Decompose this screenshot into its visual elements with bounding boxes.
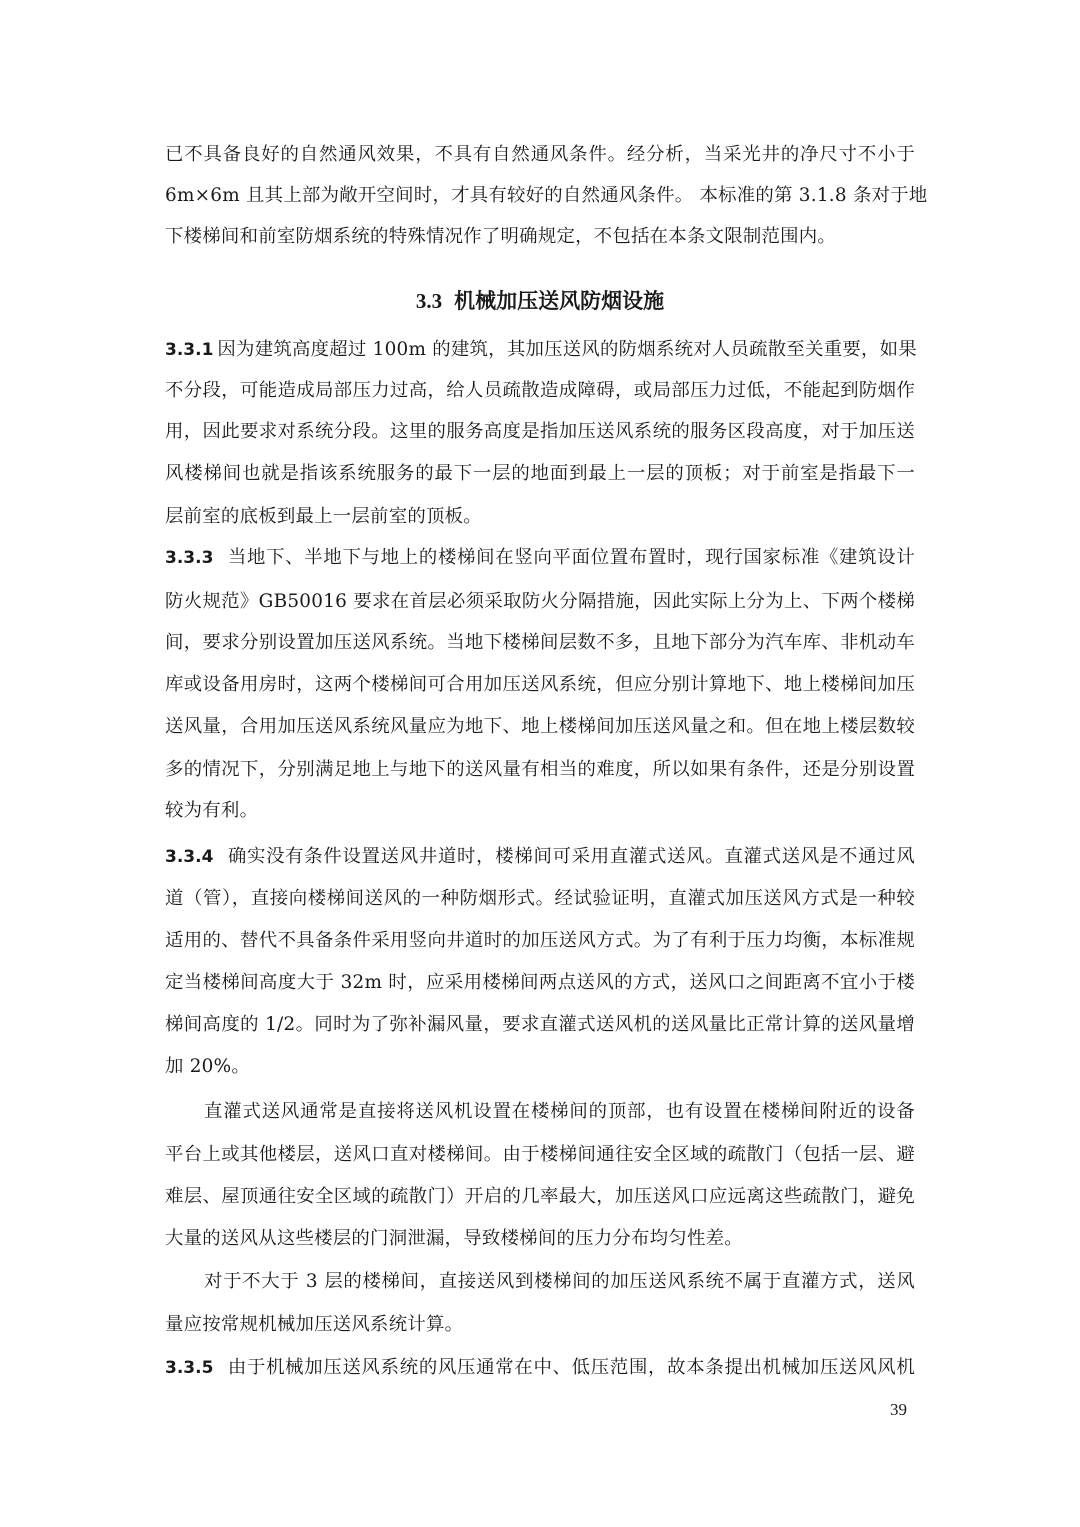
paragraph-line: 直灌式送风通常是直接将送风机设置在楼梯间的顶部，也有设置在楼梯间附近的设备 [204, 1100, 915, 1124]
intro-line: 下楼梯间和前室防烟系统的特殊情况作了明确规定，不包括在本条文限制范围内。 [165, 225, 915, 249]
clause-3-3-3-line: 库或设备用房时，这两个楼梯间可合用加压送风系统，但应分别计算地下、地上楼梯间加压 [165, 673, 915, 697]
clause-3-3-1-line: 3.3.1因为建筑高度超过 100m 的建筑，其加压送风的防烟系统对人员疏散至关… [165, 338, 915, 362]
paragraph-line: 量应按常规机械加压送风系统计算。 [165, 1313, 915, 1337]
clause-3-3-3-line: 多的情况下，分别满足地上与地下的送风量有相当的难度，所以如果有条件，还是分别设置 [165, 758, 915, 782]
clause-3-3-4-line: 梯间高度的 1/2。同时为了弥补漏风量，要求直灌式送风机的送风量比正常计算的送风… [165, 1013, 915, 1037]
clause-number: 3.3.1 [165, 340, 213, 360]
clause-3-3-3-line: 3.3.3当地下、半地下与地上的楼梯间在竖向平面位置布置时，现行国家标准《建筑设… [165, 546, 915, 570]
clause-3-3-4-line: 定当楼梯间高度大于 32m 时，应采用楼梯间两点送风的方式，送风口之间距离不宜小… [165, 971, 915, 995]
intro-line: 6m×6m 且其上部为敞开空间时，才具有较好的自然通风条件。 本标准的第 3.1… [165, 184, 915, 208]
clause-3-3-4-line: 道（管），直接向楼梯间送风的一种防烟形式。经试验证明，直灌式加压送风方式是一种较 [165, 887, 915, 911]
clause-number: 3.3.3 [165, 548, 213, 568]
paragraph-line: 平台上或其他楼层，送风口直对楼梯间。由于楼梯间通往安全区域的疏散门（包括一层、避 [165, 1143, 915, 1167]
clause-3-3-4-line: 加 20%。 [165, 1055, 915, 1079]
clause-3-3-3-line: 间，要求分别设置加压送风系统。当地下楼梯间层数不多，且地下部分为汽车库、非机动车 [165, 631, 915, 655]
clause-3-3-1-line: 用，因此要求对系统分段。这里的服务高度是指加压送风系统的服务区段高度，对于加压送 [165, 420, 915, 444]
clause-3-3-4-line: 3.3.4确实没有条件设置送风井道时，楼梯间可采用直灌式送风。直灌式送风是不通过… [165, 845, 915, 869]
paragraph-line: 大量的送风从这些楼层的门洞泄漏，导致楼梯间的压力分布均匀性差。 [165, 1227, 915, 1251]
clause-text: 当地下、半地下与地上的楼梯间在竖向平面位置布置时，现行国家标准《建筑设计 [227, 547, 915, 568]
clause-text: 因为建筑高度超过 100m 的建筑，其加压送风的防烟系统对人员疏散至关重要，如果 [217, 339, 917, 360]
paragraph-line: 对于不大于 3 层的楼梯间，直接送风到楼梯间的加压送风系统不属于直灌方式，送风 [204, 1270, 915, 1294]
clause-number: 3.3.5 [165, 1358, 213, 1378]
clause-3-3-1-line: 层前室的底板到最上一层前室的顶板。 [165, 505, 915, 529]
document-page: 已不具备良好的自然通风效果，不具有自然通风条件。经分析，当采光井的净尺寸不小于 … [0, 0, 1080, 1527]
clause-3-3-1-line: 不分段，可能造成局部压力过高，给人员疏散造成障碍，或局部压力过低，不能起到防烟作 [165, 379, 915, 403]
clause-3-3-4-line: 适用的、替代不具备条件采用竖向井道时的加压送风方式。为了有利于压力均衡，本标准规 [165, 929, 915, 953]
clause-3-3-3-line: 较为有利。 [165, 799, 915, 823]
section-number: 3.3 [416, 289, 442, 313]
page-number: 39 [890, 1400, 907, 1420]
section-heading: 3.3机械加压送风防烟设施 [0, 285, 1080, 315]
clause-3-3-3-line: 送风量，合用加压送风系统风量应为地下、地上楼梯间加压送风量之和。但在地上楼层数较 [165, 715, 915, 739]
intro-line: 已不具备良好的自然通风效果，不具有自然通风条件。经分析，当采光井的净尺寸不小于 [165, 143, 915, 167]
paragraph-line: 难层、屋顶通往安全区域的疏散门）开启的几率最大，加压送风口应远离这些疏散门，避免 [165, 1185, 915, 1209]
clause-text: 确实没有条件设置送风井道时，楼梯间可采用直灌式送风。直灌式送风是不通过风 [227, 846, 915, 867]
section-title: 机械加压送风防烟设施 [454, 289, 664, 313]
clause-number: 3.3.4 [165, 847, 213, 867]
clause-3-3-1-line: 风楼梯间也就是指该系统服务的最下一层的地面到最上一层的顶板；对于前室是指最下一 [165, 462, 915, 486]
clause-3-3-3-line: 防火规范》GB50016 要求在首层必须采取防火分隔措施，因此实际上分为上、下两… [165, 590, 915, 614]
clause-text: 由于机械加压送风系统的风压通常在中、低压范围，故本条提出机械加压送风风机 [227, 1357, 915, 1378]
clause-3-3-5-line: 3.3.5由于机械加压送风系统的风压通常在中、低压范围，故本条提出机械加压送风风… [165, 1356, 915, 1380]
